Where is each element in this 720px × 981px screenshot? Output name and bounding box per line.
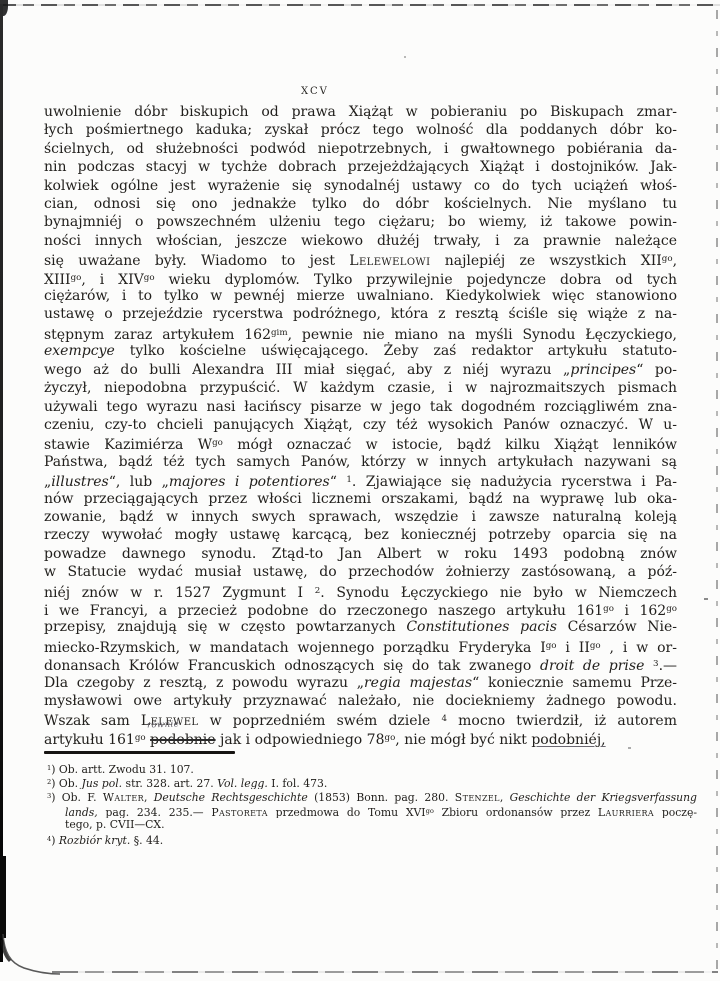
text-run-it: droit de prise <box>540 658 644 674</box>
text-run: (1853) Bonn. pag. 280. <box>308 791 455 803</box>
footnote-line: lands, pag. 234. 235.— Pastoreta przedmo… <box>47 804 697 818</box>
text-run-strike: podobnie <box>150 732 216 748</box>
text-run: stawie Kazimiérza W <box>44 437 212 453</box>
text-run: jak i odpowiedniego 78 <box>216 732 385 748</box>
text-run-it: exempcye <box>44 343 115 359</box>
text-run: nów przeciągających przez włości licznem… <box>44 491 677 507</box>
text-line: się uważane były. Wiadomo to jest Lelewe… <box>44 250 677 268</box>
text-line: życzył, niepodobna przypuścić. W każdym … <box>44 379 677 397</box>
text-run: ności innych włościan, jeszcze wiekowo d… <box>44 233 677 249</box>
text-run: Césarzów Nie- <box>557 619 677 635</box>
text-run: , i XIV <box>81 272 143 288</box>
text-line: miecko-Rzymskich, w mandatach wojennego … <box>44 637 677 655</box>
text-run: Wszak sam <box>44 713 141 729</box>
text-run: XIII <box>44 272 71 288</box>
text-line: Dla czegoby z resztą, z powodu wyrazu „r… <box>44 674 677 692</box>
footnote-line: tego, p. CVII—CX. <box>47 818 697 832</box>
text-line: uwolnienie dóbr biskupich od prawa Xiążą… <box>44 103 677 121</box>
text-run: przepisy, znajdują się w często powtarza… <box>44 619 406 635</box>
text-run: I. fol. 473. <box>268 777 327 789</box>
text-line: w Statucie wydać musiał ustawę, do przec… <box>44 563 677 581</box>
text-run: i 162 <box>614 603 666 619</box>
footnotes: 1) Ob. artt. Zwodu 31. 107. 2) Ob. Jus p… <box>47 761 697 846</box>
body-text: uwolnienie dóbr biskupich od prawa Xiążą… <box>44 103 677 747</box>
text-run: w Statucie wydać musiał ustawę, do przec… <box>44 564 677 580</box>
text-line: kolwiek ogólne jest wyrażenie się synoda… <box>44 177 677 195</box>
text-run-it: Vol. legg. <box>217 777 268 789</box>
text-line: XIIIgo, i XIVgo wieku dyplomów. Tylko pr… <box>44 269 677 287</box>
scanned-page: { "page": { "number_roman": "xcv" }, "co… <box>0 0 720 981</box>
text-run: łych pośmiertnego kaduka; zyskał prócz t… <box>44 122 677 138</box>
text-run: bynajmniéj o powszechném ulżeniu tego ci… <box>44 214 677 230</box>
text-run-it: lands, <box>65 806 98 818</box>
text-run-sup: go <box>662 254 673 264</box>
text-run-sc: Walter <box>103 791 144 803</box>
text-run-sup: go <box>144 273 155 283</box>
text-run: wieku dyplomów. Tylko przywilejnie pojed… <box>155 272 677 288</box>
bottom-edge-scan-line <box>52 971 718 973</box>
text-run-it: majores i potentiores <box>169 474 330 490</box>
footnote-line: 2) Ob. Jus pol. str. 328. art. 27. Vol. … <box>47 775 697 789</box>
text-line: ciężarów, i to tylko w pewnéj mierze uwa… <box>44 287 677 305</box>
text-line: ności innych włościan, jeszcze wiekowo d… <box>44 232 677 250</box>
text-run: ustawę o przejeździe rycerstwa podróżneg… <box>44 306 677 322</box>
text-run-sup: go <box>546 641 557 651</box>
text-run: przedmowa do Tomu XVI <box>268 806 426 818</box>
left-edge-scan-line <box>0 4 3 962</box>
text-run: , <box>673 253 677 269</box>
text-line: bynajmniéj o powszechném ulżeniu tego ci… <box>44 213 677 231</box>
handwritten-interline-correction: równie <box>147 719 179 730</box>
text-run: się uważane były. Wiadomo to jest <box>44 253 349 269</box>
text-run: mysławowi owe artykuły przyznawać należa… <box>44 693 677 709</box>
text-run: §. 44. <box>130 834 163 846</box>
text-line: stawie Kazimiérza Wgo mógł oznaczać w is… <box>44 434 677 452</box>
text-line: zowanie, bądź w innych swych sprawach, w… <box>44 508 677 526</box>
text-run: artykułu 161 <box>44 732 135 748</box>
footnote-separator-rule <box>44 751 235 754</box>
text-run-sc: Lelewelowi <box>349 253 430 269</box>
text-run: , pewnie nie miano na myśli Synodu Łęczy… <box>288 327 677 343</box>
text-run: w poprzedniém swém dziele <box>198 713 441 729</box>
text-run: powadze dawnego synodu. Ztąd-to Jan Albe… <box>44 546 677 562</box>
footnote-line: 4) Rozbiór kryt. §. 44. <box>47 832 697 846</box>
text-line: Państwa, bądź téż tych samych Panów, któ… <box>44 453 677 471</box>
text-run: , nie mógł być nikt <box>395 732 531 748</box>
text-run: Państwa, bądź téż tych samych Panów, któ… <box>44 454 677 470</box>
text-run: i we Francyi, a przecież podobne do rzec… <box>44 603 603 619</box>
text-run: kolwiek ogólne jest wyrażenie się synoda… <box>44 178 677 194</box>
text-run: mocno twierdził, iż autorem <box>447 713 677 729</box>
text-line: używali tego wyrazu nasi łacińscy pisarz… <box>44 398 677 416</box>
text-run: zowanie, bądź w innych swych sprawach, w… <box>44 509 677 525</box>
text-run: mógł oznaczać w istocie, bądź kilku Xiąż… <box>223 437 677 453</box>
text-run: Zbioru ordonansów przez <box>434 806 598 818</box>
text-run: życzył, niepodobna przypuścić. W każdym … <box>44 380 677 396</box>
text-line: Wszak sam Lelewel w poprzedniém swém dzi… <box>44 710 677 728</box>
text-run: najlepiéj ze wszystkich XII <box>430 253 661 269</box>
text-run: str. 328. art. 27. <box>122 777 217 789</box>
text-line: stępnym zaraz artykułem 162gim, pewnie n… <box>44 324 677 342</box>
text-run-sup: go <box>590 641 601 651</box>
text-run: niéj znów w r. 1527 Zygmunt I <box>44 584 315 600</box>
text-run-it: Rozbiór kryt. <box>59 834 130 846</box>
text-line: exempcye tylko kościelne uświęcającego. … <box>44 342 677 360</box>
text-run-it: regia majestas <box>364 675 472 691</box>
top-edge-scan-artifact <box>0 4 720 6</box>
text-run: pag. 234. 235.— <box>98 806 212 818</box>
text-run: i II <box>557 640 590 656</box>
text-run: miecko-Rzymskich, w mandatach wojennego … <box>44 640 546 656</box>
text-run: donansach Królów Francuskich odnoszących… <box>44 658 540 674</box>
text-run: .— <box>659 658 677 674</box>
text-run: ciężarów, i to tylko w pewnéj mierze uwa… <box>44 288 677 304</box>
text-line: nin podczas stacyj w tychże dobrach prze… <box>44 158 677 176</box>
text-run: ścielnych, od służebności podwód niepotr… <box>44 141 677 157</box>
text-line: donansach Królów Francuskich odnoszących… <box>44 655 677 673</box>
text-run-sc: Stenzel <box>455 791 500 803</box>
text-run <box>644 658 653 674</box>
text-run: tylko kościelne uświęcającego. Żeby zaś … <box>115 343 677 359</box>
text-line: mysławowi owe artykuły przyznawać należa… <box>44 692 677 710</box>
text-run-sup: go <box>385 733 396 743</box>
text-line: ścielnych, od służebności podwód niepotr… <box>44 140 677 158</box>
text-run-it: illustres <box>51 474 108 490</box>
ink-speck <box>704 598 708 600</box>
text-run: ) Ob. artt. Zwodu 31. 107. <box>51 763 194 775</box>
text-run: używali tego wyrazu nasi łacińscy pisarz… <box>44 399 677 415</box>
text-run-sup: go <box>212 438 223 448</box>
text-line: ustawę o przejeździe rycerstwa podróżneg… <box>44 305 677 323</box>
text-run: . Synodu Łęczyckiego nie było w Niemczec… <box>320 584 677 600</box>
text-run: ) <box>51 834 59 846</box>
text-line: i we Francyi, a przecież podobne do rzec… <box>44 600 677 618</box>
text-run: , <box>144 791 154 803</box>
text-run-sup: go <box>426 807 434 815</box>
text-run: ) Ob. F. <box>51 791 103 803</box>
text-line: czeniu, czy-to chcieli panujących Xiążąt… <box>44 416 677 434</box>
text-run: ) Ob. <box>51 777 81 789</box>
text-run: czeniu, czy-to chcieli panujących Xiążąt… <box>44 417 677 433</box>
text-run-it: Deutsche Rechtsgeschichte <box>154 791 308 803</box>
text-line: cian, odnosi się ono jednakże tylko do d… <box>44 195 677 213</box>
text-line: łych pośmiertnego kaduka; zyskał prócz t… <box>44 121 677 139</box>
text-run-sc: Pastoreta <box>211 806 268 818</box>
text-run: nin podczas stacyj w tychże dobrach prze… <box>44 159 677 175</box>
text-run: poczę- <box>654 806 697 818</box>
text-line: przepisy, znajdują się w często powtarza… <box>44 618 677 636</box>
text-line: „illustres“, lub „majores i potentiores“… <box>44 471 677 489</box>
page-number: xcv <box>301 82 329 98</box>
text-run: , <box>500 791 510 803</box>
ink-speck <box>628 747 631 749</box>
text-run: “ po- <box>636 362 677 378</box>
text-run: tego, p. CVII—CX. <box>65 818 165 831</box>
text-run-hu: podobniéj, <box>531 732 605 748</box>
text-run: “, lub „ <box>109 474 169 490</box>
text-line: nów przeciągających przez włości licznem… <box>44 490 677 508</box>
text-run: “ <box>330 474 347 490</box>
text-run: Dla czegoby z resztą, z powodu wyrazu „ <box>44 675 364 691</box>
text-run-it: principes <box>570 362 636 378</box>
text-run: wego aż do bulli Alexandra III miał sięg… <box>44 362 570 378</box>
text-run-it: Constitutiones pacis <box>406 619 557 635</box>
text-run-it: Jus pol. <box>82 777 123 789</box>
ink-speck <box>404 56 406 58</box>
text-run: uwolnienie dóbr biskupich od prawa Xiążą… <box>44 104 677 120</box>
text-run-sup: go <box>71 273 82 283</box>
right-edge-scan-dashes <box>716 10 718 972</box>
footnote-line: 1) Ob. artt. Zwodu 31. 107. <box>47 761 697 775</box>
text-run: stępnym zaraz artykułem 162 <box>44 327 271 343</box>
text-run: “ koniecznie samemu Prze- <box>472 675 677 691</box>
text-line: rzeczy wywołać mogły ustawę karcącą, bez… <box>44 526 677 544</box>
text-line: powadze dawnego synodu. Ztąd-to Jan Albe… <box>44 545 677 563</box>
text-run: cian, odnosi się ono jednakże tylko do d… <box>44 196 677 212</box>
text-run: , i w or- <box>601 640 677 656</box>
text-run-sc: Laurriera <box>598 806 654 818</box>
text-run-sup: go <box>135 733 146 743</box>
text-run-sup: go <box>666 604 677 614</box>
bottom-left-curve-artifact <box>0 856 80 981</box>
text-run-sup: go <box>603 604 614 614</box>
footnote-line: 3) Ob. F. Walter, Deutsche Rechtsgeschic… <box>47 789 697 803</box>
text-line-with-corrections: artykułu 161go podobnie jak i odpowiedni… <box>44 729 677 747</box>
text-line: niéj znów w r. 1527 Zygmunt I 2. Synodu … <box>44 582 677 600</box>
text-line: wego aż do bulli Alexandra III miał sięg… <box>44 361 677 379</box>
text-run-sup: gim <box>271 328 288 338</box>
text-run: . Zjawiające się nadużycia rycerstwa i P… <box>352 474 677 490</box>
text-run: rzeczy wywołać mogły ustawę karcącą, bez… <box>44 527 677 543</box>
